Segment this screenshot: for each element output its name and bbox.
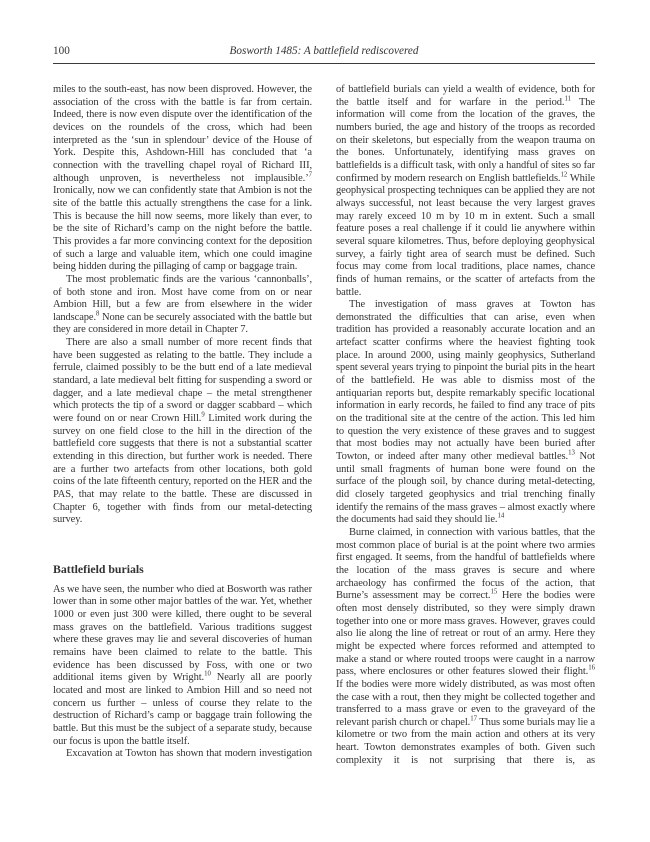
- running-title: Bosworth 1485: A battlefield rediscovere…: [53, 44, 595, 59]
- text-run: Not until small fragments of human bone …: [336, 451, 595, 525]
- text-run: The investigation of mass graves at Towt…: [336, 299, 595, 462]
- text-run: Here the bodies were often most densely …: [336, 590, 595, 677]
- footnote-marker: 16: [588, 665, 595, 672]
- page-number: 100: [53, 44, 70, 59]
- body-paragraph: Excavation at Towton has shown that mode…: [53, 748, 312, 761]
- text-run: While geophysical prospecting techniques…: [336, 173, 595, 298]
- footnote-marker: 14: [497, 513, 504, 520]
- body-paragraph: The most problematic finds are the vario…: [53, 274, 312, 337]
- text-columns: miles to the south-east, has now been di…: [53, 84, 595, 767]
- text-run: Nearly all are poorly located and most a…: [53, 672, 312, 746]
- page-header: 100 Bosworth 1485: A battlefield redisco…: [53, 44, 595, 59]
- body-paragraph: The investigation of mass graves at Towt…: [336, 299, 595, 527]
- text-run: There are also a small number of more re…: [53, 337, 312, 424]
- body-paragraph: Burne claimed, in connection with variou…: [336, 527, 595, 767]
- body-paragraph: miles to the south-east, has now been di…: [53, 84, 312, 274]
- text-run: Ironically, now we can confidently state…: [53, 185, 312, 272]
- text-run: miles to the south-east, has now been di…: [53, 84, 312, 184]
- right-column: of battlefield burials can yield a wealt…: [336, 84, 595, 767]
- text-run: As we have seen, the number who died at …: [53, 584, 312, 684]
- footnote-marker: 7: [309, 171, 312, 178]
- footnote-marker: 13: [568, 450, 575, 457]
- text-run: of battlefield burials can yield a wealt…: [336, 84, 595, 108]
- text-run: Limited work during the survey on one fi…: [53, 413, 312, 525]
- text-run: Excavation at Towton has shown that mode…: [66, 748, 312, 759]
- left-column: miles to the south-east, has now been di…: [53, 84, 312, 767]
- footnote-marker: 17: [470, 715, 477, 722]
- header-rule: [53, 63, 595, 64]
- footnote-marker: 10: [204, 671, 211, 678]
- body-paragraph: As we have seen, the number who died at …: [53, 584, 312, 749]
- book-page: 100 Bosworth 1485: A battlefield redisco…: [0, 0, 650, 842]
- text-run: The information will come from the locat…: [336, 97, 595, 184]
- section-heading: Battlefield burials: [53, 563, 312, 576]
- body-paragraph: of battlefield burials can yield a wealt…: [336, 84, 595, 299]
- body-paragraph: There are also a small number of more re…: [53, 337, 312, 527]
